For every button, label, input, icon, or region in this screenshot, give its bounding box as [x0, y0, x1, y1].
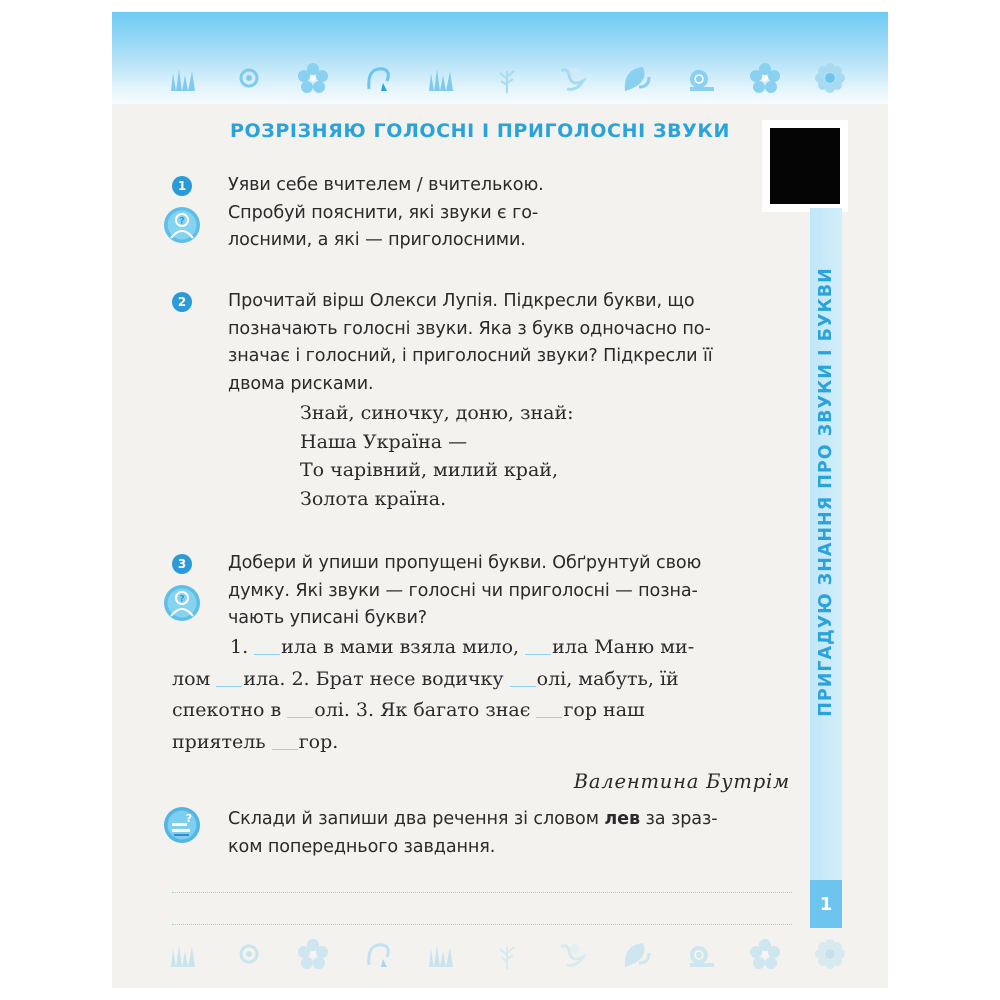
grass-icon [167, 61, 201, 95]
exercise-text: ила в мами взяла мило, [281, 636, 525, 658]
exercise-line: приятель гор. [172, 727, 792, 759]
missing-letter-blank[interactable] [287, 698, 313, 718]
poem: Знай, синочку, доню, знай: Наша Україна … [300, 399, 574, 513]
exercise-text: лом [172, 668, 216, 690]
swan-icon [555, 61, 589, 95]
missing-letter-blank[interactable] [254, 635, 280, 655]
exercise-text: гор наш [563, 699, 644, 721]
flower-icon [748, 61, 782, 95]
task-2-line: значає і голосний, і приголосний звуки? … [228, 343, 713, 371]
exercise-text: олі, мабуть, їй [537, 668, 679, 690]
missing-letter-blank[interactable] [216, 667, 242, 687]
textbook-page: РОЗРІЗНЯЮ ГОЛОСНІ І ПРИГОЛОСНІ ЗВУКИ ПРИ… [112, 12, 888, 988]
pair-work-icon: ? [163, 206, 201, 244]
task-4-line: Склади й запиши два речення зі словом ле… [228, 806, 717, 834]
task-3-line: думку. Які звуки — голосні чи приголосні… [228, 578, 701, 606]
snail-curl-icon [361, 61, 395, 95]
task-4-text-before: Склади й запиши два речення зі словом [228, 809, 604, 829]
task-1-line: Уяви себе вчителем / вчителькою. [228, 172, 544, 200]
write-task-icon: ? [163, 806, 201, 844]
exercise-line: лом ила. 2. Брат несе водичку олі, мабут… [172, 664, 792, 696]
swan-icon [555, 937, 589, 971]
answer-line-2[interactable] [172, 924, 792, 925]
qr-code[interactable] [762, 120, 848, 212]
answer-line-1[interactable] [172, 892, 792, 893]
grass-icon [425, 937, 459, 971]
leaf-icon [619, 937, 653, 971]
task-1-text: Уяви себе вчителем / вчителькою. Спробуй… [228, 172, 544, 255]
task-4-text: Склади й запиши два речення зі словом ле… [228, 806, 717, 861]
qr-code-image [770, 128, 840, 204]
sprout-icon [490, 61, 524, 95]
task-2-text: Прочитай вірш Олекси Лупія. Підкресли бу… [228, 288, 713, 398]
daisy-icon [813, 937, 847, 971]
daisy-icon [813, 61, 847, 95]
missing-letter-blank[interactable] [272, 730, 298, 750]
grass-icon [425, 61, 459, 95]
snail-icon [684, 937, 718, 971]
task-2-line: Прочитай вірш Олекси Лупія. Підкресли бу… [228, 288, 713, 316]
leaf-icon [619, 61, 653, 95]
grass-icon [167, 937, 201, 971]
task-2-line: двома рисками. [228, 371, 713, 399]
exercise-text: ила. 2. Брат несе водичку [243, 668, 509, 690]
snail-curl-icon [361, 937, 395, 971]
fill-in-exercise: 1. ила в мами взяла мило, ила Маню ми-ло… [172, 632, 792, 758]
svg-text:?: ? [179, 217, 184, 227]
svg-text:?: ? [179, 595, 184, 605]
snail-icon [684, 61, 718, 95]
task-3-number-badge: 3 [172, 554, 192, 574]
missing-letter-blank[interactable] [536, 698, 562, 718]
exercise-text: ила Маню ми- [552, 636, 694, 658]
flower-icon [296, 937, 330, 971]
svg-text:?: ? [186, 812, 192, 825]
task-4-keyword: лев [604, 809, 640, 829]
exercise-line: 1. ила в мами взяла мило, ила Маню ми- [172, 632, 792, 664]
exercise-author: Валентина Бутрім [574, 770, 790, 793]
exercise-text: приятель [172, 731, 272, 753]
section-side-tab-label: ПРИГАДУЮ ЗНАННЯ ПРО ЗВУКИ І БУКВИ [816, 267, 836, 716]
circle-icon [232, 937, 266, 971]
sprout-icon [490, 937, 524, 971]
poem-line: Золота країна. [300, 485, 574, 514]
footer-ornaments [167, 932, 847, 976]
missing-letter-blank[interactable] [525, 635, 551, 655]
circle-icon [232, 61, 266, 95]
task-1-number-badge: 1 [172, 176, 192, 196]
page-title: РОЗРІЗНЯЮ ГОЛОСНІ І ПРИГОЛОСНІ ЗВУКИ [230, 120, 750, 142]
exercise-text: спекотно в [172, 699, 287, 721]
header-ornaments [167, 56, 847, 100]
pair-work-icon: ? [163, 584, 201, 622]
task-3-text: Добери й упиши пропущені букви. Обґрунту… [228, 550, 701, 633]
flower-icon [748, 937, 782, 971]
poem-line: То чарівний, милий край, [300, 456, 574, 485]
task-3-line: Добери й упиши пропущені букви. Обґрунту… [228, 550, 701, 578]
flower-icon [296, 61, 330, 95]
task-1-line: лосними, а які — приголосними. [228, 227, 544, 255]
task-4-text-after: за зраз- [640, 809, 717, 829]
exercise-text: гор. [299, 731, 339, 753]
exercise-line: спекотно в олі. 3. Як багато знає гор на… [172, 695, 792, 727]
exercise-text: олі. 3. Як багато знає [314, 699, 536, 721]
poem-line: Знай, синочку, доню, знай: [300, 399, 574, 428]
exercise-text: 1. [230, 636, 254, 658]
task-2-line: позначають голосні звуки. Яка з букв одн… [228, 316, 713, 344]
task-3-line: чають уписані букви? [228, 605, 701, 633]
missing-letter-blank[interactable] [510, 667, 536, 687]
page-number: 1 [810, 880, 842, 928]
poem-line: Наша Україна — [300, 428, 574, 457]
task-2-number-badge: 2 [172, 292, 192, 312]
task-1-line: Спробуй пояснити, які звуки є го- [228, 200, 544, 228]
task-4-line: ком попереднього завдання. [228, 834, 717, 862]
